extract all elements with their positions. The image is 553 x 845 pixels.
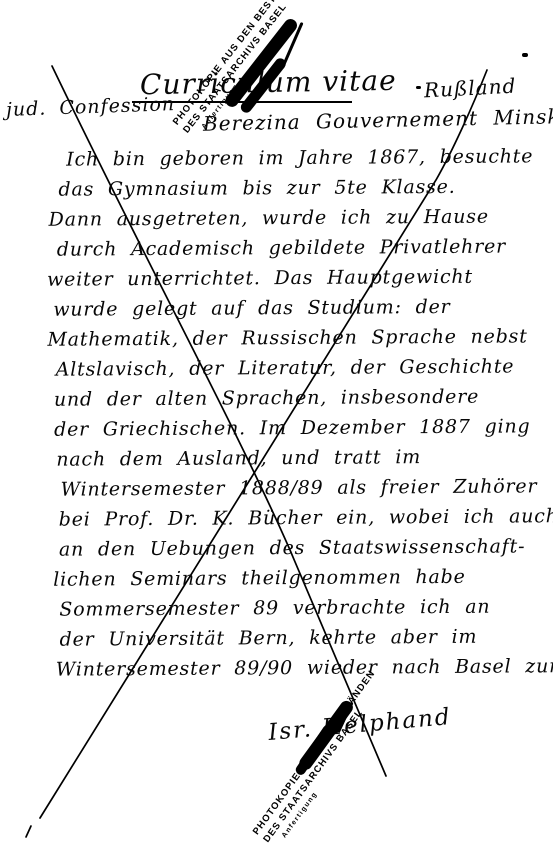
handwritten-line: Dann ausgetreten, wurde ich zu Hause [47, 201, 543, 234]
body-text: Ich bin geboren im Jahre 1867, besuchte … [46, 141, 546, 684]
margin-note-confession: jud. Confession [6, 93, 176, 121]
scan-mark [416, 86, 421, 89]
margin-note-country: Rußland [423, 74, 516, 103]
handwritten-line: Wintersemester 1888/89 als freier Zuhöre… [48, 471, 544, 504]
stamp-line-3: Anfertigung [271, 683, 398, 845]
archive-stamp-bottom: PHOTOKOPIE AUS DEN BESTÄNDEN DES STAATSA… [250, 668, 398, 845]
handwritten-line: Altslavisch, der Literatur, der Geschich… [48, 351, 544, 384]
origin-line: Berezina Gouvernement Minsk [203, 104, 553, 135]
handwritten-line: Mathematik, der Russischen Sprache nebst [47, 321, 543, 354]
cancellation-line-tail [26, 826, 31, 837]
handwritten-line: durch Academisch gebildete Privatlehrer [47, 231, 543, 264]
handwritten-line: der Griechischen. Im Dezember 1887 ging [48, 411, 544, 444]
handwritten-line: an den Uebungen des Staatswissenschaft- [49, 531, 545, 564]
handwritten-line: wurde gelegt auf das Studium: der [47, 291, 543, 324]
handwritten-line: Sommersemester 89 verbrachte ich an [49, 591, 545, 624]
handwritten-line: lichen Seminars theilgenommen habe [49, 561, 545, 594]
document-page: Curriculum vitae jud. Confession Rußland… [0, 0, 553, 845]
handwritten-line: Ich bin geboren im Jahre 1867, besuchte [46, 141, 542, 174]
handwritten-line: das Gymnasium bis zur 5te Klasse. [46, 171, 542, 204]
handwritten-line: der Universität Bern, kehrte aber im [49, 621, 545, 654]
handwritten-line: weiter unterrichtet. Das Hauptgewicht [47, 261, 543, 294]
handwritten-line: bei Prof. Dr. K. Bücher ein, wobei ich a… [49, 501, 545, 534]
scan-mark [522, 53, 528, 57]
handwritten-line: nach dem Ausland, und tratt im [48, 441, 544, 474]
handwritten-line: und der alten Sprachen, insbesondere [48, 381, 544, 414]
stamp-line-2: DES STAATSARCHIVS BASEL [261, 675, 390, 845]
handwritten-line: Wintersemester 89/90 wieder nach Basel z… [50, 651, 546, 684]
